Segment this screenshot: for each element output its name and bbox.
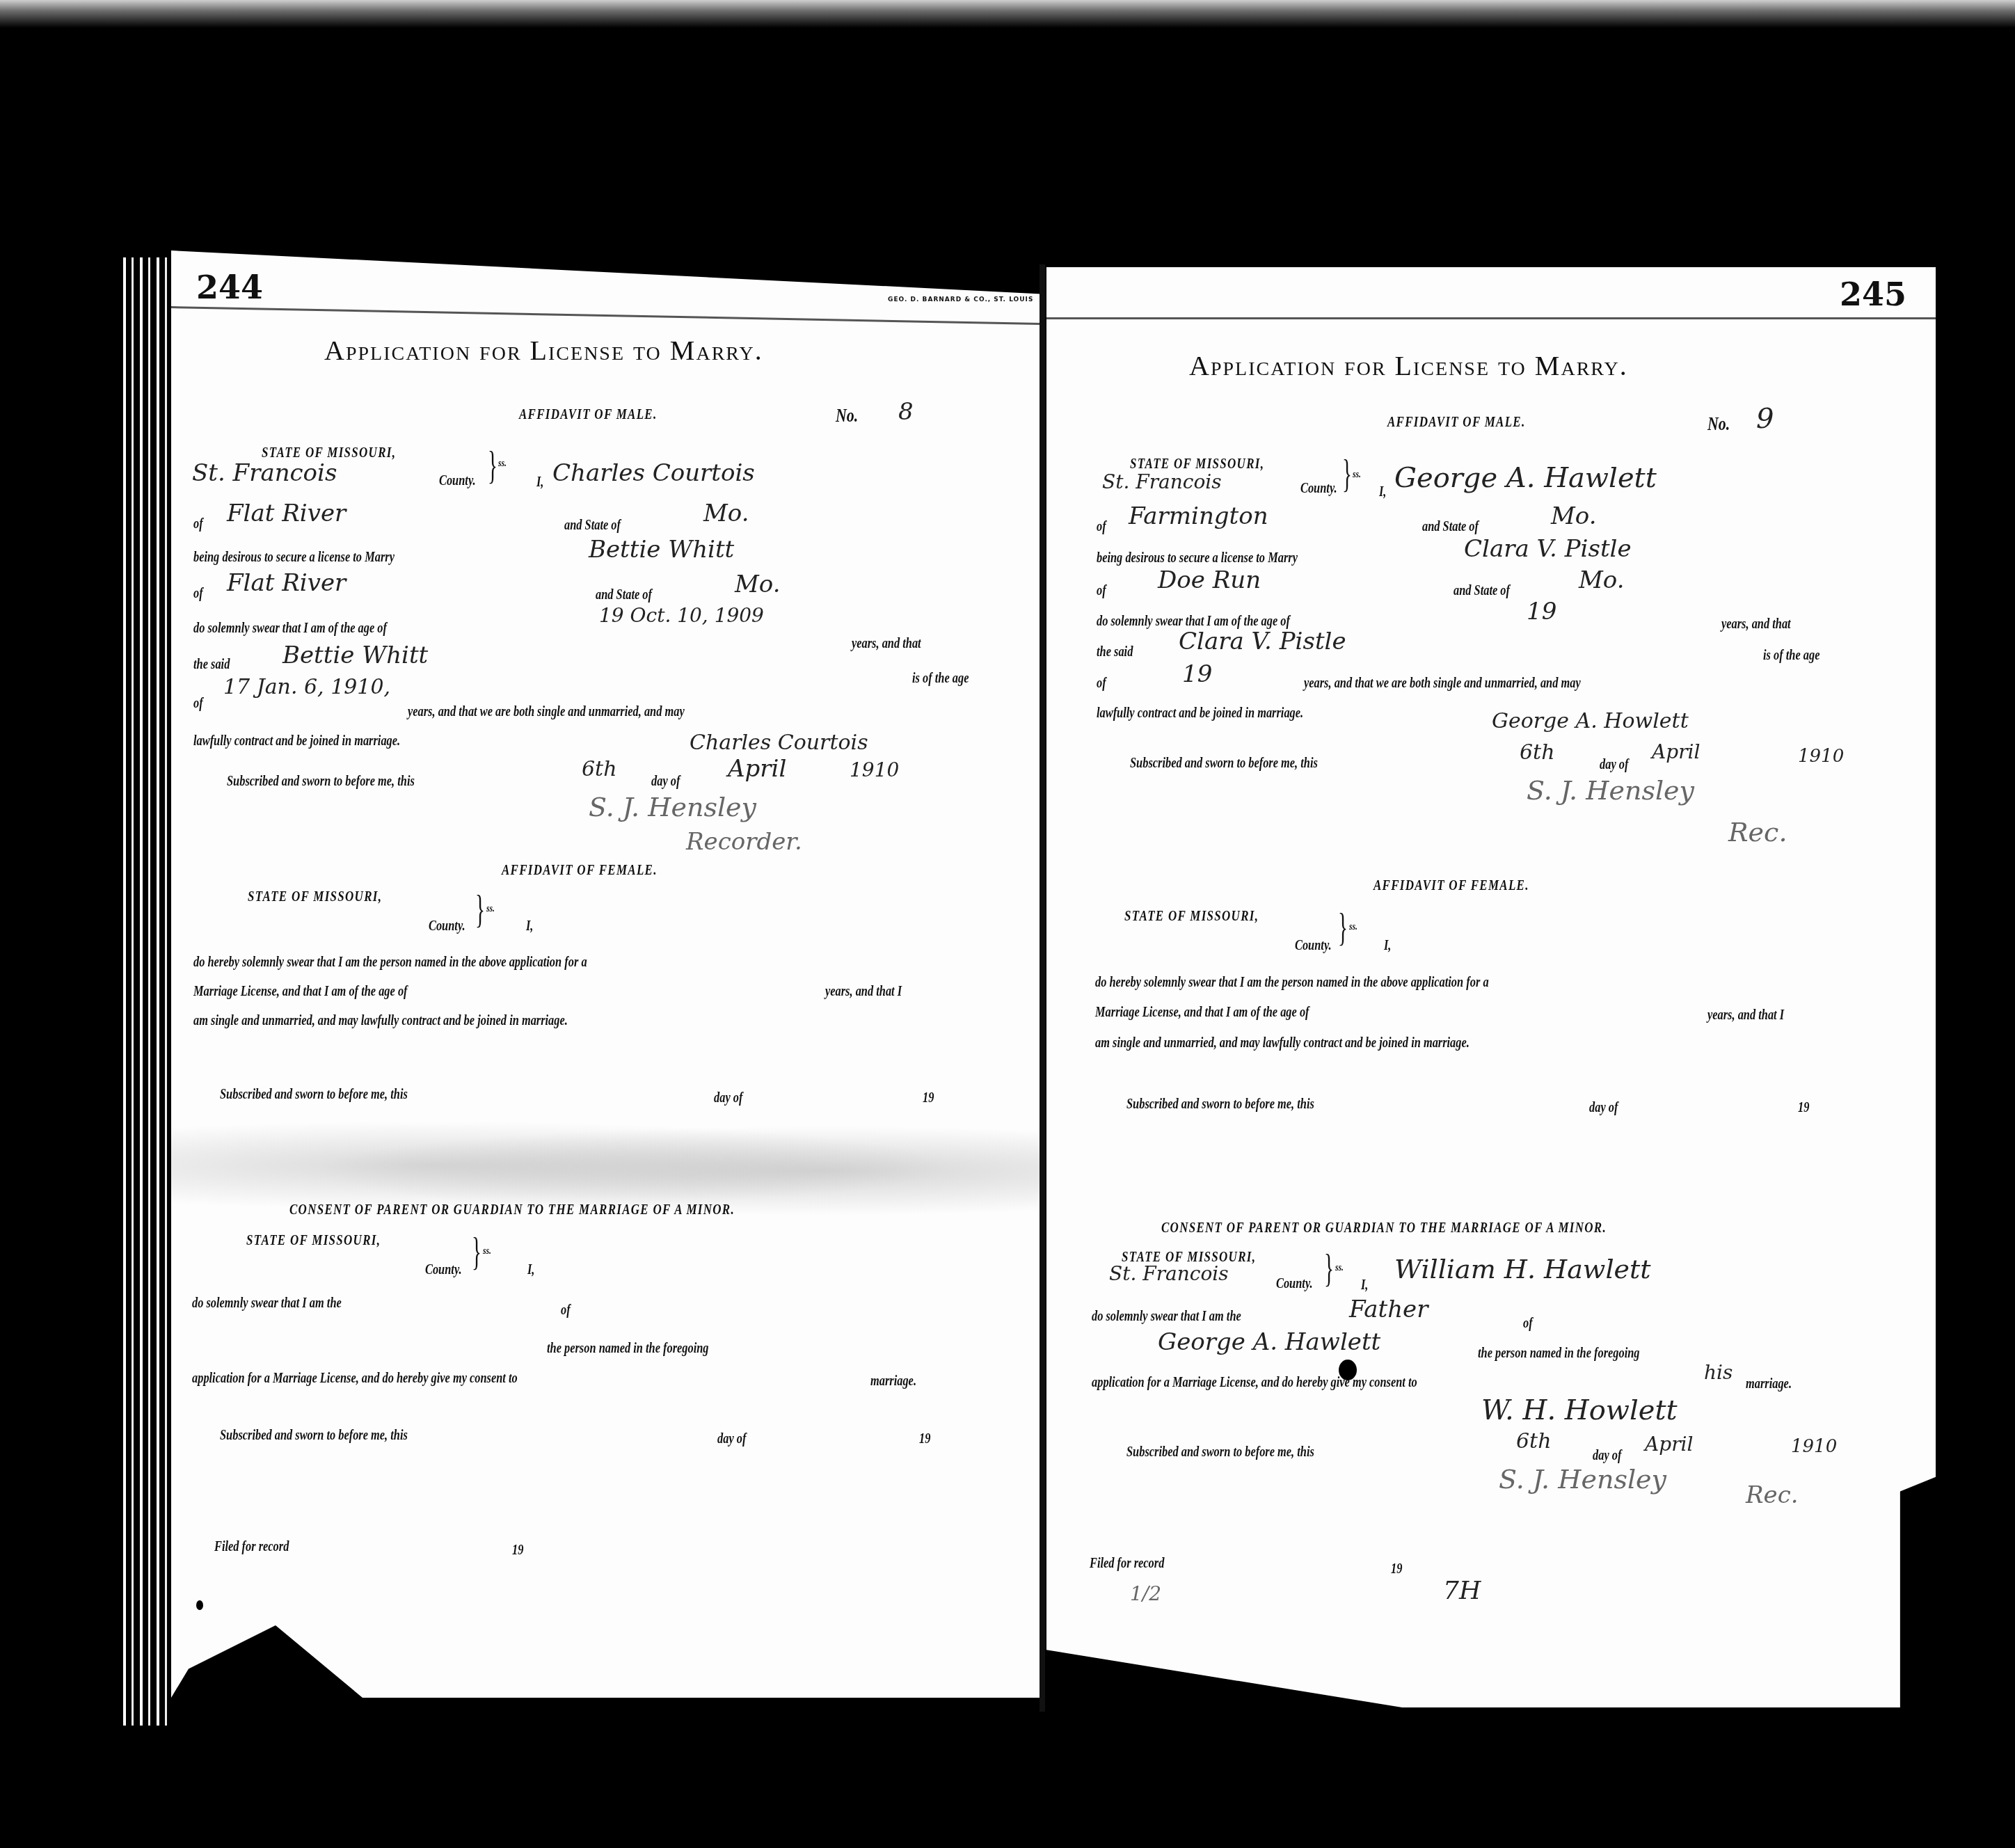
- page-number: 245: [1840, 276, 1906, 313]
- affidavit-female-heading: AFFIDAVIT OF FEMALE.: [502, 863, 658, 879]
- form-no-label: No.: [1707, 413, 1730, 436]
- bride-name-repeat: Bettie Whitt: [282, 642, 428, 669]
- consent-line-1a: do solemnly swear that I am the: [1092, 1307, 1241, 1325]
- consent-line-1b: of: [1523, 1314, 1533, 1332]
- the-said-label: the said: [193, 655, 230, 673]
- i-label: I,: [527, 1261, 534, 1278]
- brace-icon: }: [472, 1232, 481, 1272]
- i-label: I,: [1361, 1276, 1368, 1293]
- subscribed-label: Subscribed and sworn to before me, this: [1130, 754, 1318, 772]
- day-of-label: day of: [714, 1089, 742, 1106]
- consent-line-3b: marriage.: [870, 1372, 916, 1389]
- book-gutter: [1040, 264, 1045, 1712]
- county-value: St. Francois: [192, 459, 337, 487]
- groom-age: 19: [1527, 598, 1556, 626]
- of-label: of: [193, 515, 203, 532]
- bride-residence: Flat River: [227, 569, 346, 597]
- page-number: 244: [196, 269, 263, 306]
- consent-line-1b: of: [561, 1301, 571, 1319]
- parent-signature: W. H. Howlett: [1481, 1394, 1678, 1426]
- bride-name: Clara V. Pistle: [1464, 535, 1632, 563]
- female-line-2a: Marriage License, and that I am of the a…: [193, 982, 408, 1000]
- county-label: County.: [1295, 937, 1332, 954]
- i-label: I,: [536, 473, 543, 491]
- lawfully-text: lawfully contract and be joined in marri…: [193, 732, 400, 749]
- form-title: Application for License to Marry.: [1189, 349, 1628, 382]
- book-binding-edge: [117, 257, 173, 1726]
- brace-icon: }: [1342, 454, 1352, 494]
- years-and-that: years, and that: [1721, 615, 1791, 632]
- female-line-3: am single and unmarried, and may lawfull…: [1095, 1034, 1470, 1051]
- bride-name: Bettie Whitt: [589, 536, 734, 564]
- consent-heading: CONSENT OF PARENT OR GUARDIAN TO THE MAR…: [1161, 1220, 1607, 1236]
- form-no-value: 9: [1756, 403, 1774, 435]
- subscribed-label: Subscribed and sworn to before me, this: [220, 1426, 408, 1444]
- groom-signature: Charles Courtois: [690, 731, 868, 755]
- female-line-2b: years, and that I: [825, 982, 902, 1000]
- groom-name: Charles Courtois: [552, 459, 755, 487]
- of-label: of: [193, 584, 203, 602]
- consent-line-2: the person named in the foregoing: [547, 1339, 709, 1357]
- female-line-2b: years, and that I: [1707, 1006, 1784, 1023]
- i-label: I,: [1384, 937, 1391, 954]
- brace-icon: }: [475, 889, 485, 930]
- year-value: 1910: [1798, 746, 1844, 767]
- county-label: County.: [1300, 479, 1337, 497]
- year-prefix: 19: [923, 1089, 934, 1106]
- ss-label: ss.: [498, 458, 507, 470]
- subscribed-label: Subscribed and sworn to before me, this: [227, 772, 415, 790]
- female-line-1: do hereby solemnly swear that I am the p…: [1095, 973, 1489, 991]
- female-line-1: do hereby solemnly swear that I am the p…: [193, 953, 587, 971]
- and-state-label: and State of: [564, 516, 621, 534]
- brace-icon: }: [488, 445, 497, 486]
- filed-for-record-label: Filed for record: [1090, 1554, 1164, 1572]
- groom-name: George A. Hawlett: [1394, 462, 1657, 494]
- scan-noise-band: [0, 0, 2015, 28]
- brace-icon: }: [1338, 907, 1348, 948]
- state-of-missouri: STATE OF MISSOURI,: [248, 889, 382, 905]
- consent-line-3a: application for a Marriage License, and …: [192, 1369, 518, 1387]
- both-single-text: years, and that we are both single and u…: [1304, 674, 1581, 692]
- form-no-value: 8: [898, 398, 914, 426]
- groom-residence: Farmington: [1129, 502, 1268, 530]
- filed-year-prefix: 19: [512, 1541, 523, 1559]
- marry-label: being desirous to secure a license to Ma…: [193, 548, 395, 566]
- county-label: County.: [425, 1261, 462, 1278]
- consent-heading: CONSENT OF PARENT OR GUARDIAN TO THE MAR…: [289, 1202, 735, 1218]
- bride-residence: Doe Run: [1158, 566, 1261, 594]
- page-245: 245 Application for License to Marry. AF…: [1046, 267, 1936, 1707]
- affidavit-female-heading: AFFIDAVIT OF FEMALE.: [1373, 878, 1529, 894]
- and-state-label: and State of: [1422, 518, 1479, 535]
- ss-label: ss.: [483, 1245, 491, 1257]
- i-label: I,: [526, 917, 533, 934]
- state-of-missouri: STATE OF MISSOURI,: [1124, 909, 1259, 925]
- county-label: County.: [429, 917, 465, 934]
- ss-label: ss.: [1335, 1262, 1344, 1274]
- female-line-2a: Marriage License, and that I am of the a…: [1095, 1003, 1309, 1021]
- years-and-that: years, and that: [852, 635, 921, 652]
- month-value: April: [1645, 1433, 1693, 1456]
- header-rule: [1046, 317, 1936, 319]
- year-prefix: 19: [1798, 1099, 1809, 1116]
- subscribed-label: Subscribed and sworn to before me, this: [1126, 1095, 1314, 1113]
- affidavit-male-heading: AFFIDAVIT OF MALE.: [519, 407, 658, 423]
- ss-label: ss.: [486, 903, 495, 915]
- header-rule: [171, 306, 1041, 325]
- ss-label: ss.: [1349, 921, 1357, 933]
- age-label: do solemnly swear that I am of the age o…: [193, 619, 387, 637]
- day-of-label: day of: [717, 1430, 746, 1447]
- official-title: Rec.: [1746, 1481, 1799, 1509]
- bride-state: Mo.: [735, 571, 781, 598]
- publisher-imprint: GEO. D. BARNARD & CO., ST. LOUIS: [888, 296, 1033, 303]
- county-value: St. Francois: [1109, 1262, 1229, 1285]
- official-signature: S. J. Hensley: [1499, 1464, 1666, 1495]
- and-state-label: and State of: [1453, 582, 1510, 599]
- of-label: of: [1097, 518, 1106, 535]
- of-label: of: [1097, 582, 1106, 599]
- parent-name: William H. Hawlett: [1394, 1254, 1651, 1284]
- official-signature: S. J. Hensley: [1527, 775, 1694, 806]
- day-of-label: day of: [1589, 1099, 1618, 1116]
- subscribed-label: Subscribed and sworn to before me, this: [220, 1085, 408, 1103]
- bride-age: 19: [1182, 660, 1212, 688]
- official-signature: S. J. Hensley: [589, 792, 756, 822]
- both-single-text: years, and that we are both single and u…: [408, 703, 685, 720]
- groom-age: 19 Oct. 10, 1909: [599, 604, 764, 627]
- year-value: 1910: [850, 758, 899, 781]
- ink-blot: [1339, 1360, 1357, 1380]
- marry-label: being desirous to secure a license to Ma…: [1097, 549, 1298, 566]
- form-title: Application for License to Marry.: [324, 334, 763, 367]
- subscribed-label: Subscribed and sworn to before me, this: [1126, 1443, 1314, 1460]
- county-label: County.: [1276, 1275, 1313, 1292]
- the-said-label: the said: [1097, 643, 1133, 660]
- state-of-missouri: STATE OF MISSOURI,: [246, 1233, 381, 1249]
- day-value: 6th: [582, 757, 616, 781]
- filed-year-prefix: 19: [1391, 1560, 1402, 1577]
- day-of-label: day of: [651, 772, 680, 790]
- i-label: I,: [1379, 483, 1386, 500]
- his-value: his: [1704, 1361, 1733, 1384]
- bride-age: 17 Jan. 6, 1910,: [223, 675, 390, 699]
- of-label: of: [1097, 674, 1106, 692]
- page-244: 244 GEO. D. BARNARD & CO., ST. LOUIS App…: [171, 250, 1041, 1698]
- bride-state: Mo.: [1579, 566, 1625, 594]
- day-value: 6th: [1520, 740, 1554, 765]
- ink-dot: [196, 1600, 203, 1610]
- month-value: April: [1652, 740, 1700, 763]
- filed-note-left: 1/2: [1130, 1582, 1161, 1605]
- ss-label: ss.: [1353, 469, 1361, 481]
- relation-value: Father: [1349, 1296, 1428, 1323]
- form-no-label: No.: [836, 405, 858, 427]
- county-value: St. Francois: [1102, 470, 1222, 493]
- is-of-the-age: is of the age: [912, 669, 969, 687]
- consent-line-1a: do solemnly swear that I am the: [192, 1294, 342, 1312]
- groom-state: Mo.: [1551, 502, 1597, 530]
- filed-for-record-label: Filed for record: [214, 1538, 289, 1555]
- bride-name-repeat: Clara V. Pistle: [1179, 628, 1346, 655]
- day-of-label: day of: [1600, 756, 1628, 773]
- brace-icon: }: [1324, 1248, 1334, 1289]
- filed-note-right: 7H: [1443, 1577, 1481, 1605]
- consent-line-3b: marriage.: [1746, 1375, 1792, 1392]
- year-prefix: 19: [919, 1430, 930, 1447]
- year-value: 1910: [1791, 1436, 1837, 1457]
- consent-line-2: the person named in the foregoing: [1478, 1344, 1640, 1362]
- groom-residence: Flat River: [227, 500, 346, 527]
- day-value: 6th: [1516, 1429, 1551, 1453]
- and-state-label: and State of: [596, 586, 652, 603]
- official-title: Rec.: [1728, 817, 1787, 847]
- groom-signature: George A. Howlett: [1492, 709, 1689, 733]
- county-label: County.: [439, 472, 476, 489]
- of-label: of: [193, 694, 203, 712]
- groom-state: Mo.: [703, 500, 749, 527]
- is-of-the-age: is of the age: [1763, 646, 1819, 664]
- affidavit-male-heading: AFFIDAVIT OF MALE.: [1387, 415, 1526, 431]
- lawfully-text: lawfully contract and be joined in marri…: [1097, 704, 1303, 722]
- minor-name: George A. Hawlett: [1158, 1328, 1380, 1356]
- consent-line-3a: application for a Marriage License, and …: [1092, 1373, 1417, 1391]
- female-line-3: am single and unmarried, and may lawfull…: [193, 1012, 568, 1029]
- official-title: Recorder.: [686, 828, 802, 856]
- day-of-label: day of: [1593, 1447, 1621, 1464]
- month-value: April: [728, 755, 786, 783]
